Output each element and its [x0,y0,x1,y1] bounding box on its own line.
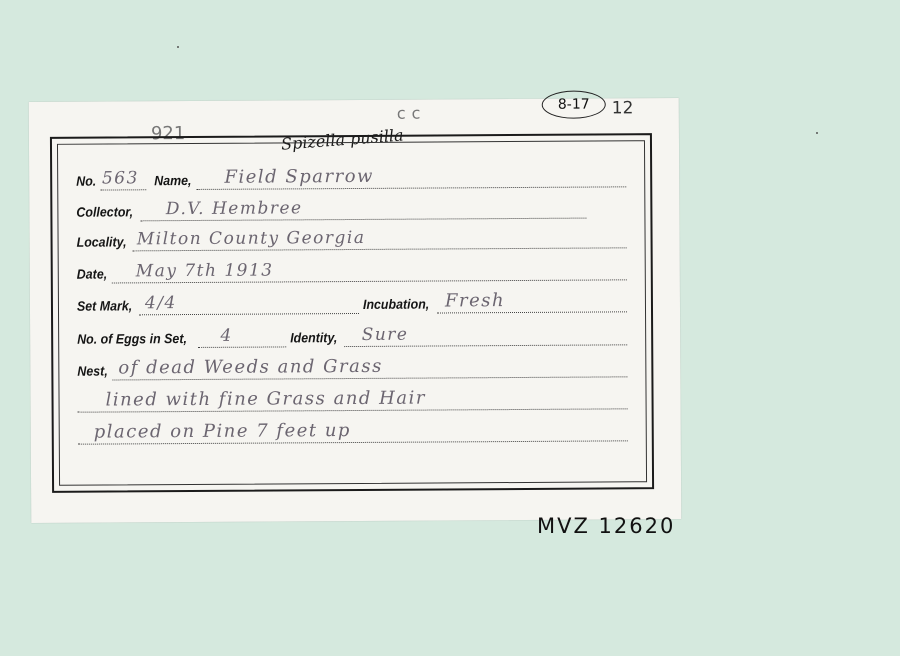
setmark-label: Set Mark, [77,298,132,315]
nest-field-1: of dead Weeds and Grass [112,354,627,380]
nest-field-2: lined with fine Grass and Hair [77,386,627,412]
speck [816,132,818,134]
row-date: Date, May 7th 1913 [77,256,627,283]
nest-line-2: lined with fine Grass and Hair [105,388,425,411]
setmark-field: 4/4 [139,291,359,315]
nest-line-1: of dead Weeds and Grass [118,356,383,379]
date-field: May 7th 1913 [112,257,627,283]
name-field: Field Sparrow [196,164,626,190]
setmark-value: 4/4 [145,293,177,313]
circled-text: 8-17 [558,97,590,113]
locality-label: Locality, [77,234,127,251]
locality-field: Milton County Georgia [133,225,627,251]
incubation-value: Fresh [445,290,505,311]
nest-field-3: placed on Pine 7 feet up [78,418,628,444]
nest-label: Nest, [77,364,107,381]
speck [177,46,179,48]
date-value: May 7th 1913 [136,260,274,281]
card-inner-frame: No. 563 Name, Field Sparrow Collector, D… [57,140,647,486]
collector-label: Collector, [76,204,133,221]
incubation-label: Incubation, [363,297,429,314]
row-collector: Collector, D.V. Hembree [76,194,626,221]
no-field: 563 [100,167,146,190]
egg-data-card: 921 cc 8-17 12 Spizella pusilla No. 563 … [29,98,682,523]
no-value: 563 [102,168,139,188]
circled-annotation: 8-17 [542,90,606,118]
card-frame: No. 563 Name, Field Sparrow Collector, D… [50,133,654,493]
no-label: No. [76,174,96,191]
identity-value: Sure [362,325,409,345]
row-eggs-identity: No. of Eggs in Set, 4 Identity, Sure [77,321,627,348]
identity-label: Identity, [290,330,337,347]
collector-field: D.V. Hembree [140,196,587,222]
identity-field: Sure [344,322,628,347]
catalog-number: MVZ 12620 [537,514,675,538]
eggs-field: 4 [198,324,286,348]
name-label: Name, [154,173,191,190]
row-locality: Locality, Milton County Georgia [76,224,626,251]
name-value: Field Sparrow [224,166,374,188]
annotation-12: 12 [612,98,634,118]
row-setmark-incubation: Set Mark, 4/4 Incubation, Fresh [77,288,627,315]
locality-value: Milton County Georgia [137,228,366,249]
eggs-value: 4 [220,326,232,346]
row-nest: Nest, of dead Weeds and Grass [77,353,627,380]
incubation-field: Fresh [437,289,627,313]
row-nest-3: placed on Pine 7 feet up [78,417,628,444]
collector-value: D.V. Hembree [166,198,303,219]
nest-line-3: placed on Pine 7 feet up [94,420,351,443]
pencil-annotation-cc: cc [397,104,427,123]
eggs-label: No. of Eggs in Set, [77,331,187,349]
date-label: Date, [77,267,107,284]
row-no-name: No. 563 Name, Field Sparrow [76,163,626,190]
row-nest-2: lined with fine Grass and Hair [77,385,627,412]
